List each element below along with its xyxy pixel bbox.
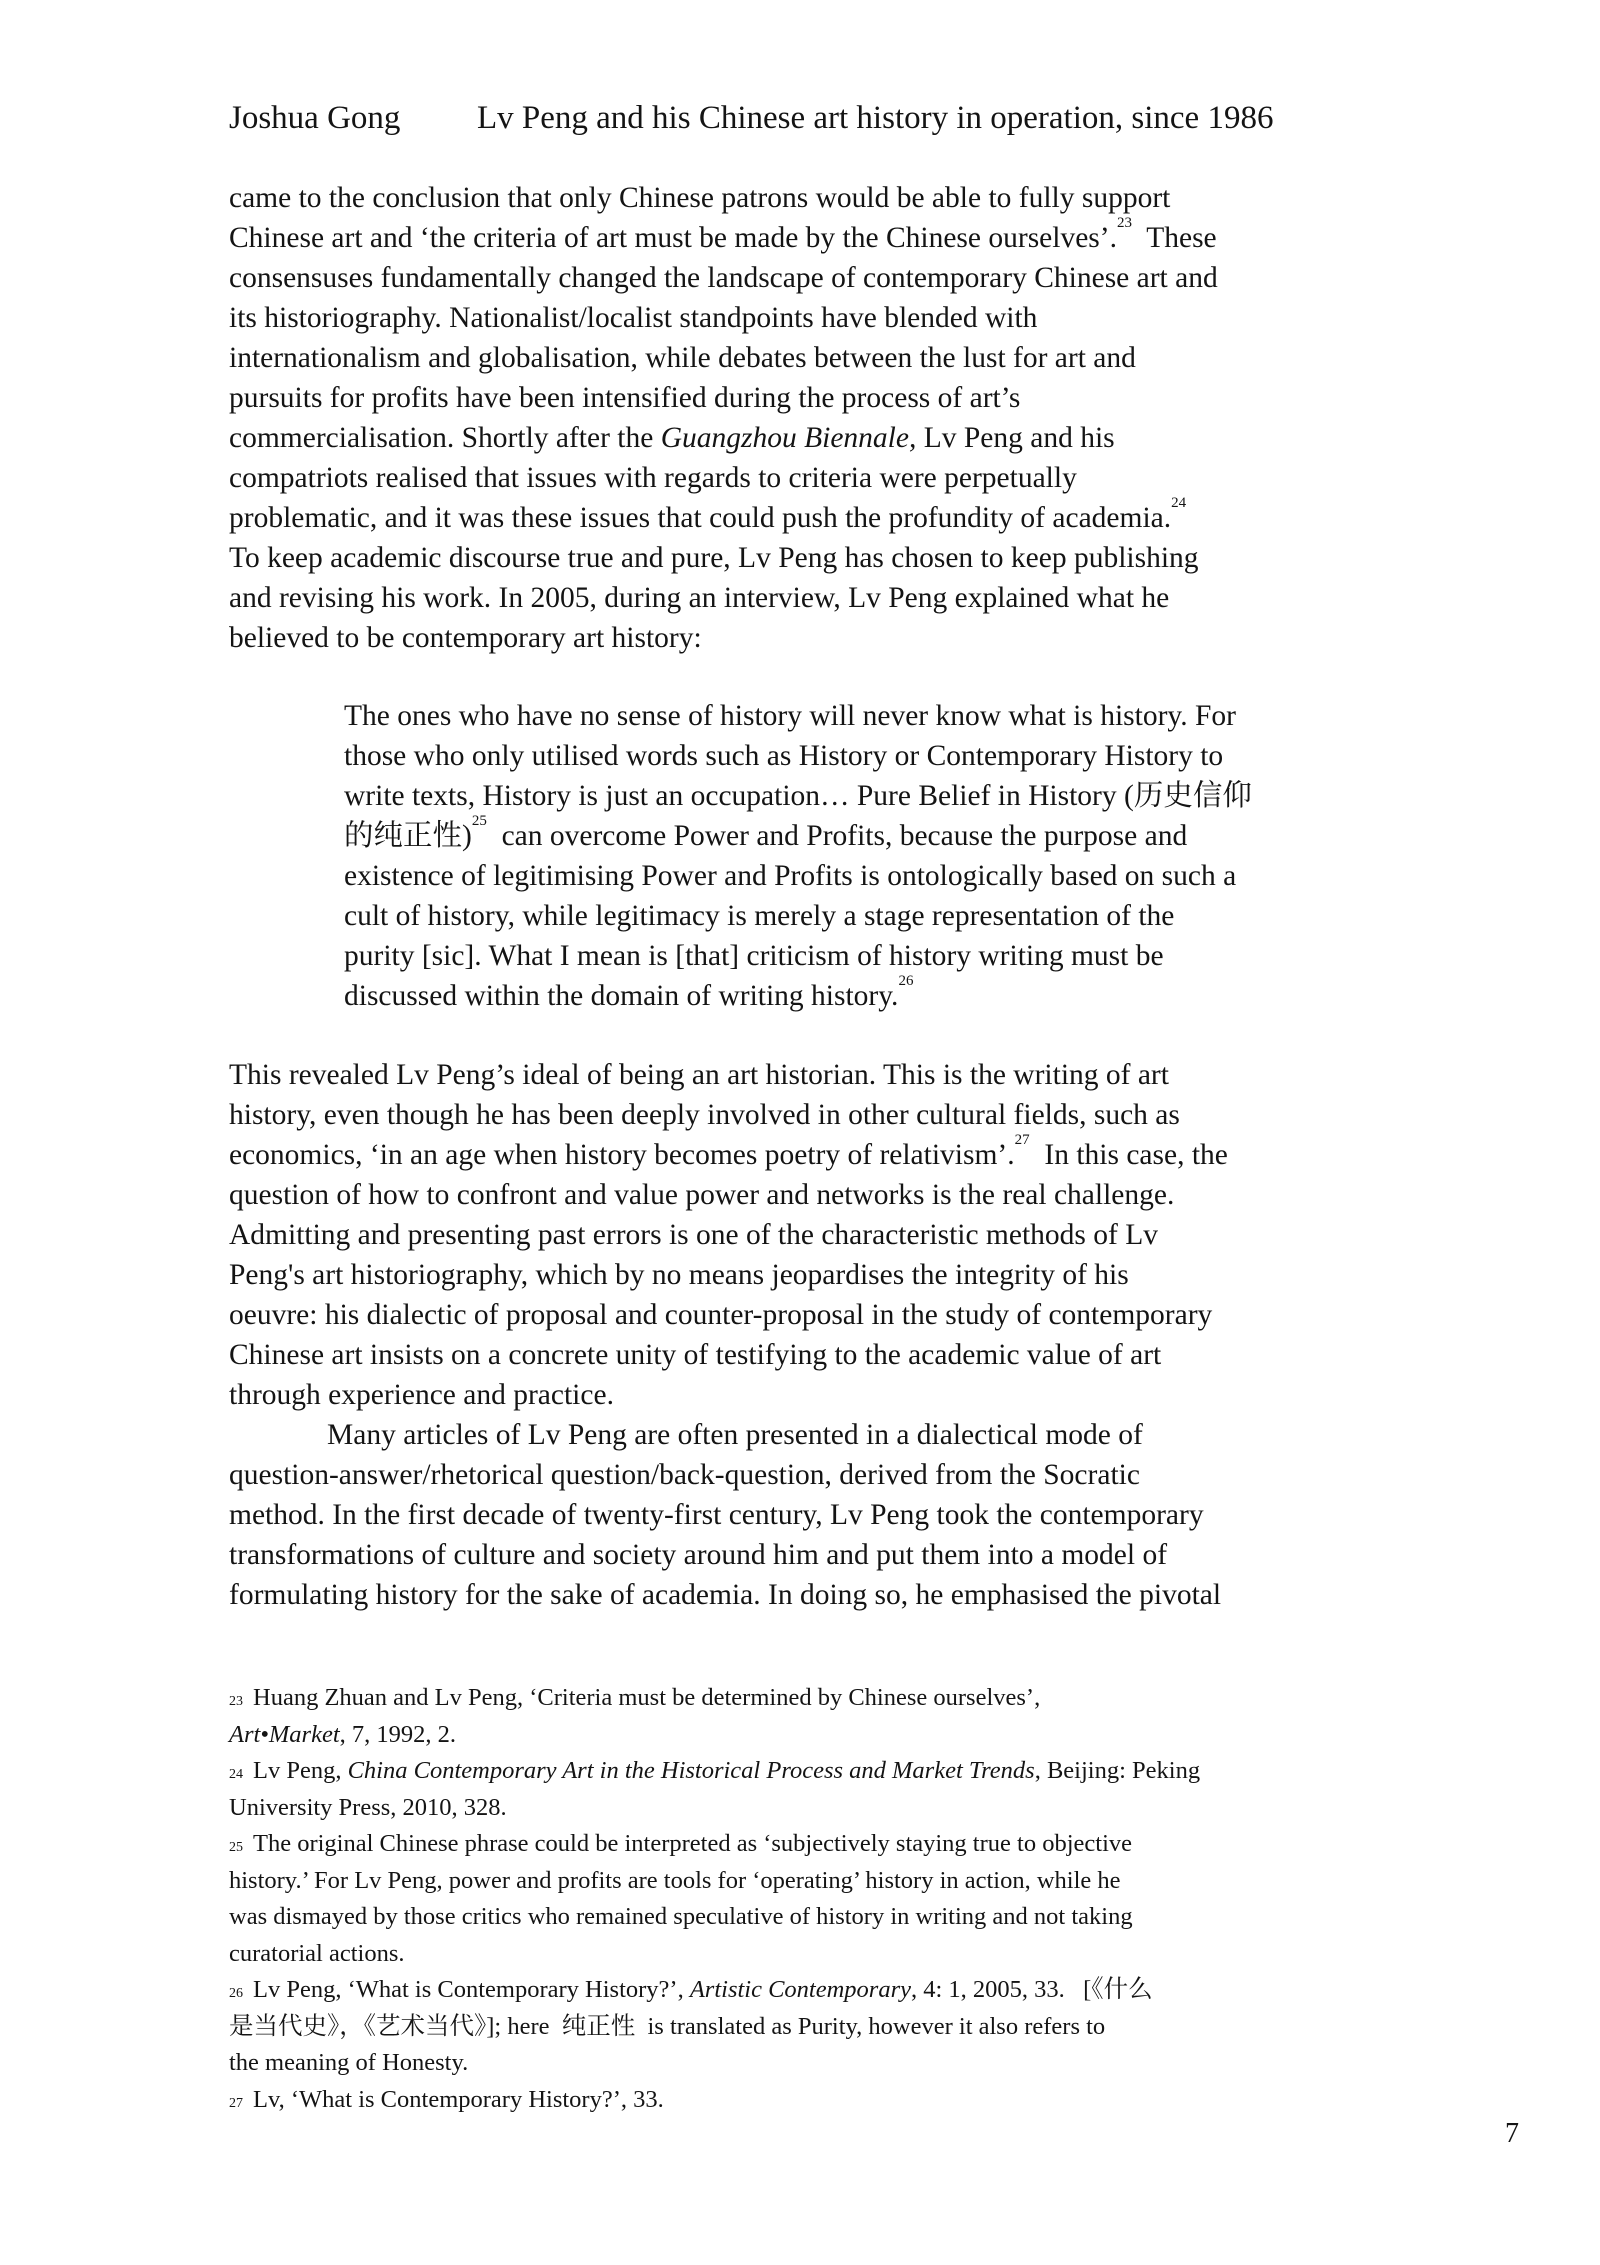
footnote-ref-27[interactable]: 27 xyxy=(1015,1132,1030,1148)
text-line: problematic, and it was these issues tha… xyxy=(229,498,1339,538)
quote-line: cult of history, while legitimacy is mer… xyxy=(344,896,1339,936)
text-line: Chinese art insists on a concrete unity … xyxy=(229,1335,1339,1375)
footnote-23: 23Huang Zhuan and Lv Peng, ‘Criteria mus… xyxy=(229,1680,1339,1753)
footnote-number: 23 xyxy=(229,1694,243,1709)
header-author: Joshua Gong xyxy=(229,98,477,138)
text-line: its historiography. Nationalist/localist… xyxy=(229,298,1339,338)
quote-line: existence of legitimising Power and Prof… xyxy=(344,856,1339,896)
text-line: commercialisation. Shortly after the Gua… xyxy=(229,418,1339,458)
footnote-ref-26[interactable]: 26 xyxy=(898,973,913,989)
text-line: oeuvre: his dialectic of proposal and co… xyxy=(229,1295,1339,1335)
quote-line: purity [sic]. What I mean is [that] crit… xyxy=(344,936,1339,976)
footnote-26: 26Lv Peng, ‘What is Contemporary History… xyxy=(229,1972,1339,2082)
paragraph-2: This revealed Lv Peng’s ideal of being a… xyxy=(229,1055,1339,1415)
text-line: economics, ‘in an age when history becom… xyxy=(229,1135,1339,1175)
footnote-ref-24[interactable]: 24 xyxy=(1171,495,1186,511)
text-line: through experience and practice. xyxy=(229,1375,1339,1415)
text-line: Admitting and presenting past errors is … xyxy=(229,1215,1339,1255)
footnote-number: 27 xyxy=(229,2096,243,2111)
quote-line: The ones who have no sense of history wi… xyxy=(344,696,1339,736)
text-line: This revealed Lv Peng’s ideal of being a… xyxy=(229,1055,1339,1095)
quote-line: write texts, History is just an occupati… xyxy=(344,776,1339,816)
text-line: compatriots realised that issues with re… xyxy=(229,458,1339,498)
quote-line: discussed within the domain of writing h… xyxy=(344,976,1339,1016)
text-line: question-answer/rhetorical question/back… xyxy=(229,1455,1339,1495)
text-line: consensuses fundamentally changed the la… xyxy=(229,258,1339,298)
text-line: transformations of culture and society a… xyxy=(229,1535,1339,1575)
text-line: history, even though he has been deeply … xyxy=(229,1095,1339,1135)
document-page: Joshua GongLv Peng and his Chinese art h… xyxy=(0,0,1600,2265)
footnote-number: 25 xyxy=(229,1840,243,1855)
quote-line: those who only utilised words such as Hi… xyxy=(344,736,1339,776)
footnote-number: 24 xyxy=(229,1767,243,1782)
running-header: Joshua GongLv Peng and his Chinese art h… xyxy=(229,98,1349,138)
text-line: and revising his work. In 2005, during a… xyxy=(229,578,1339,618)
footnote-24: 24Lv Peng, China Contemporary Art in the… xyxy=(229,1753,1339,1826)
paragraph-3: Many articles of Lv Peng are often prese… xyxy=(229,1415,1339,1615)
paragraph-1: came to the conclusion that only Chinese… xyxy=(229,178,1339,658)
footnote-ref-23[interactable]: 23 xyxy=(1117,215,1132,231)
footnote-number: 26 xyxy=(229,1986,243,2001)
italic-title: Guangzhou Biennale, xyxy=(661,422,917,454)
text-line: Chinese art and ‘the criteria of art mus… xyxy=(229,218,1339,258)
text-line: Peng's art historiography, which by no m… xyxy=(229,1255,1339,1295)
text-line: To keep academic discourse true and pure… xyxy=(229,538,1339,578)
body-text: came to the conclusion that only Chinese… xyxy=(229,178,1339,1615)
footnote-ref-25[interactable]: 25 xyxy=(472,813,487,829)
footnote-25: 25The original Chinese phrase could be i… xyxy=(229,1826,1339,1972)
text-line: pursuits for profits have been intensifi… xyxy=(229,378,1339,418)
text-line: question of how to confront and value po… xyxy=(229,1175,1339,1215)
text-line: believed to be contemporary art history: xyxy=(229,618,1339,658)
text-line: internationalism and globalisation, whil… xyxy=(229,338,1339,378)
text-line: Many articles of Lv Peng are often prese… xyxy=(229,1415,1339,1455)
page-number: 7 xyxy=(1505,2118,1519,2150)
text-line: formulating history for the sake of acad… xyxy=(229,1575,1339,1615)
quote-line: 的纯正性)25 can overcome Power and Profits, … xyxy=(344,816,1339,856)
footnotes: 23Huang Zhuan and Lv Peng, ‘Criteria mus… xyxy=(229,1680,1339,2118)
text-line: came to the conclusion that only Chinese… xyxy=(229,178,1339,218)
text-line: method. In the first decade of twenty-fi… xyxy=(229,1495,1339,1535)
block-quote: The ones who have no sense of history wi… xyxy=(344,696,1339,1016)
header-title: Lv Peng and his Chinese art history in o… xyxy=(477,100,1273,136)
footnote-27: 27Lv, ‘What is Contemporary History?’, 3… xyxy=(229,2082,1339,2119)
